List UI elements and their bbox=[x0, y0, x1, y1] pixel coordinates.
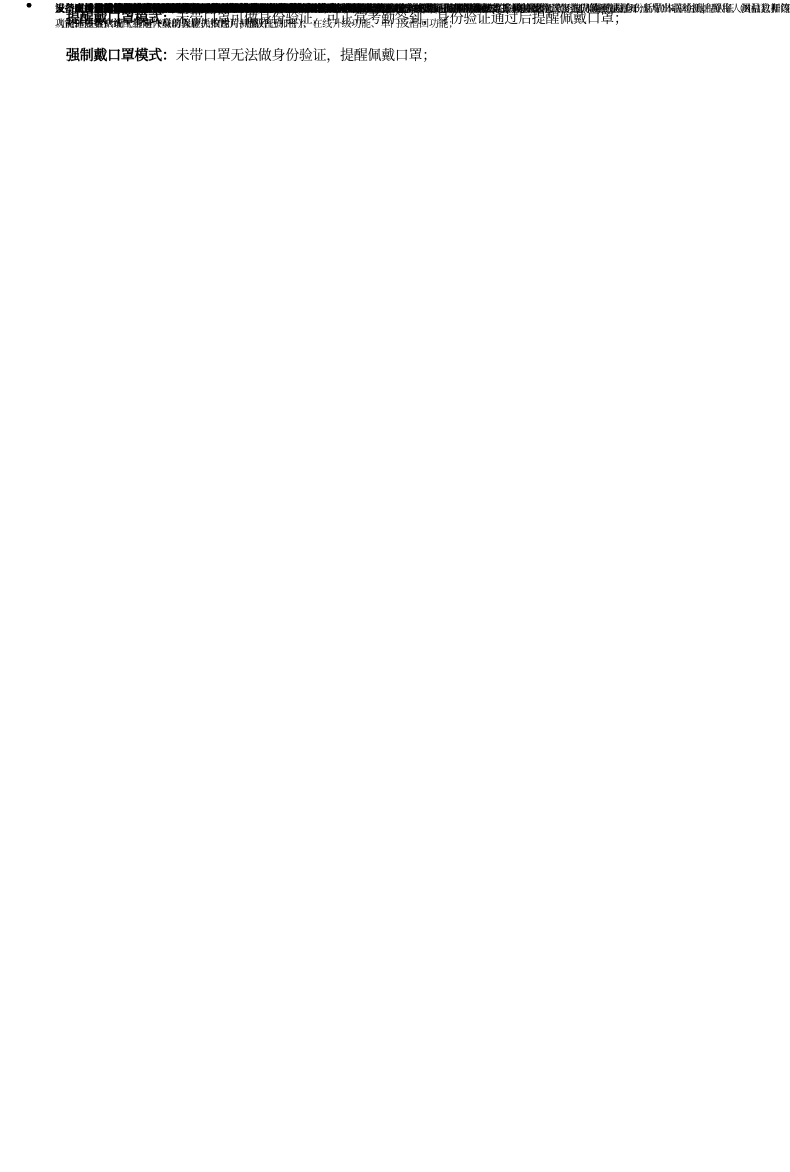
item-text: 强制戴口罩模式： bbox=[66, 49, 176, 64]
item-text: 未带口罩无法做身份验证，提醒佩戴口罩； bbox=[176, 49, 436, 64]
document-page: { "page": { "background": "#ffffff", "te… bbox=[0, 0, 790, 1172]
list-item: 强制戴口罩模式：未带口罩无法做身份验证，提醒佩戴口罩； bbox=[0, 38, 780, 75]
list-item: ●设备支持看门狗守护机制，防拆设计，保障设备运行稳定性。 bbox=[13, 0, 317, 15]
spec-list: ●采用 10.1 英寸 LCD 触摸显示屏，屏幕比例 16:9，屏幕分辨率 60… bbox=[0, 0, 790, 75]
item-text: 设备支持看门狗守护机制，防拆设计，保障设备运行稳定性。 bbox=[55, 4, 317, 15]
bullet-icon: ● bbox=[26, 0, 32, 11]
